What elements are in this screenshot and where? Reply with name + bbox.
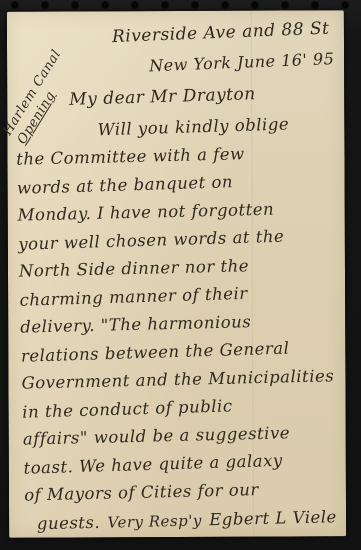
last-line-start: guests. — [37, 510, 101, 537]
signature-line: guests. Very Resp'y Egbert L Viele — [25, 504, 348, 538]
closing: Very Resp'y — [107, 507, 202, 535]
date-line: New York June 16' 95 — [149, 49, 335, 75]
binding-holes — [0, 0, 361, 10]
letter-body: Will you kindly oblige the Committee wit… — [15, 110, 347, 537]
letter-paper: Harlem Canal Opening Riverside Ave and 8… — [7, 10, 346, 537]
address-line: Riverside Ave and 88 St — [112, 19, 330, 48]
signature: Egbert L Viele — [209, 504, 337, 533]
salutation: My dear Mr Drayton — [69, 84, 256, 110]
letter-photo: Harlem Canal Opening Riverside Ave and 8… — [0, 0, 361, 550]
